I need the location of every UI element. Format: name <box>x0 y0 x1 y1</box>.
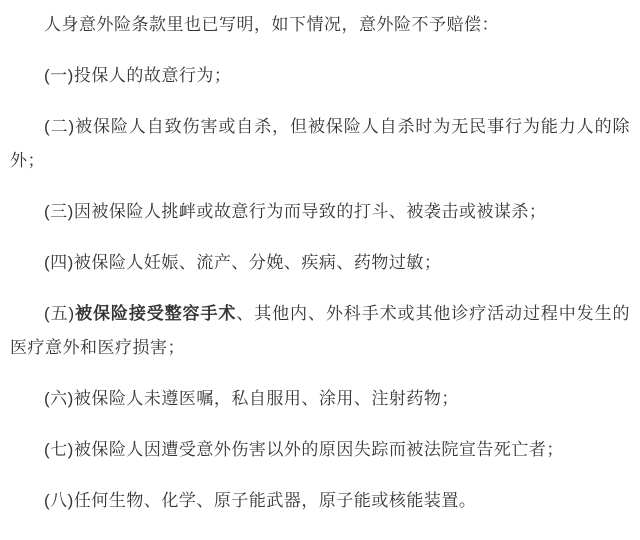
clause-text: (七)被保险人因遭受意外伤害以外的原因失踪而被法院宣告死亡者； <box>44 440 564 459</box>
clause-text: (四)被保险人妊娠、流产、分娩、疾病、药物过敏； <box>44 253 441 272</box>
clause-paragraph: (五)被保险接受整容手术、其他内、外科手术或其他诊疗活动过程中发生的医疗意外和医… <box>10 297 630 365</box>
clause-text: (六)被保险人未遵医嘱，私自服用、涂用、注射药物； <box>44 389 459 408</box>
clause-paragraph: (一)投保人的故意行为； <box>10 59 630 93</box>
clause-text: (二)被保险人自致伤害或自杀，但被保险人自杀时为无民事行为能力人的除外； <box>10 117 630 170</box>
intro-paragraph: 人身意外险条款里也已写明，如下情况，意外险不予赔偿： <box>10 8 630 42</box>
clause-paragraph: (二)被保险人自致伤害或自杀，但被保险人自杀时为无民事行为能力人的除外； <box>10 110 630 178</box>
clause-paragraph: (八)任何生物、化学、原子能武器，原子能或核能装置。 <box>10 484 630 518</box>
clause-paragraph: (三)因被保险人挑衅或故意行为而导致的打斗、被袭击或被谋杀； <box>10 195 630 229</box>
clause-text: (三)因被保险人挑衅或故意行为而导致的打斗、被袭击或被谋杀； <box>44 202 546 221</box>
clause-list: (一)投保人的故意行为；(二)被保险人自致伤害或自杀，但被保险人自杀时为无民事行… <box>10 59 630 518</box>
clause-paragraph: (七)被保险人因遭受意外伤害以外的原因失踪而被法院宣告死亡者； <box>10 433 630 467</box>
clause-text: (一)投保人的故意行为； <box>44 66 231 85</box>
clause-text: (五) <box>44 304 75 323</box>
clause-paragraph: (四)被保险人妊娠、流产、分娩、疾病、药物过敏； <box>10 246 630 280</box>
insurance-exclusions-document: 人身意外险条款里也已写明，如下情况，意外险不予赔偿： (一)投保人的故意行为；(… <box>0 0 640 518</box>
clause-paragraph: (六)被保险人未遵医嘱，私自服用、涂用、注射药物； <box>10 382 630 416</box>
clause-text: (八)任何生物、化学、原子能武器，原子能或核能装置。 <box>44 491 476 510</box>
clause-text-bold: 被保险接受整容手术 <box>75 304 237 323</box>
